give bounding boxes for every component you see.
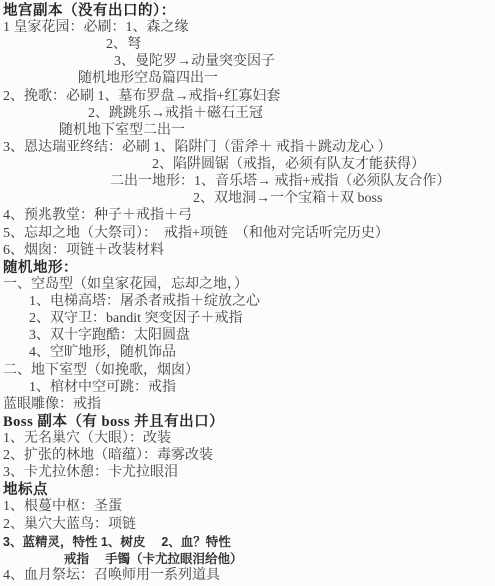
text-line: 蓝眼雕像：戒指: [3, 397, 101, 413]
text-line: 3、双十字跑酷：太阳圆盘: [29, 328, 190, 344]
text-line: 2、陷阱圆锯（戒指，必须有队友才能获得）: [152, 157, 425, 173]
text-line: 4、预兆教堂：种子＋戒指＋弓: [3, 208, 192, 224]
section-heading: 地标点: [3, 482, 48, 498]
text-line: 2、双守卫：bandit 突变因子＋戒指: [29, 311, 243, 327]
text-line: 2、弩: [106, 37, 141, 53]
text-line: 3、蓝精灵，特性 1、树皮 2、血？特性: [3, 534, 231, 550]
text-line: 5、忘却之地（大祭司）： 戒指+项链 （和他对完话听完历史）: [3, 226, 389, 242]
text-line: 1、电梯高塔：屠杀者戒指＋绽放之心: [29, 294, 260, 310]
text-line: 2、扩张的林地（暗蕴）：毒雾改装: [3, 448, 213, 464]
text-line: 二、地下室型（如挽歌，烟囱）: [3, 363, 199, 379]
text-line: 4、空旷地形，随机饰品: [29, 345, 176, 361]
text-line: 1 皇家花园：必刷：1、森之缘: [3, 20, 189, 36]
text-line: 2、挽歌：必刷 1、墓布罗盘→戒指+红寡妇套: [3, 89, 280, 105]
text-line: 随机地形空岛篇四出一: [78, 71, 218, 87]
text-line: 1、根蔓中枢：圣蛋: [3, 499, 122, 515]
notes-document: 地宫副本（没有出口的）：1 皇家花园：必刷：1、森之缘2、弩3、曼陀罗→动量突变…: [0, 0, 495, 586]
text-line: 3、卡尤拉休憩：卡尤拉眼泪: [3, 465, 178, 481]
text-line: 戒指 手镯（卡尤拉眼泪给他）: [64, 551, 242, 567]
section-heading: 随机地形：: [3, 260, 78, 276]
text-line: 6、烟囱：项链＋改装材料: [3, 243, 164, 259]
text-line: 随机地下室型二出一: [59, 123, 185, 139]
text-line: 3、曼陀罗→动量突变因子: [114, 54, 275, 70]
text-line: 2、巢穴大蓝鸟：项链: [3, 517, 136, 533]
text-line: 一、空岛型（如皇家花园，忘却之地，）: [3, 277, 248, 293]
text-line: 2、跳跳乐→戒指＋磁石王冠: [88, 106, 263, 122]
text-line: 4、血月祭坛：召唤师用一系列道具: [3, 568, 220, 584]
text-line: 1、无名巢穴（大眼）：改装: [3, 431, 171, 447]
text-line: 二出一地形：1、音乐塔→ 戒指+戒指（必须队友合作）: [110, 174, 450, 190]
section-heading: Boss 副本（有 boss 并且有出口）: [3, 414, 224, 430]
section-heading: 地宫副本（没有出口的）：: [3, 3, 176, 19]
text-line: 1、棺材中空可跳：戒指: [29, 380, 176, 396]
text-line: 2、双地洞→一个宝箱＋双 boss: [193, 191, 382, 207]
text-line: 3、恩达瑞亚终结：必刷 1、陷阱门（雷斧＋ 戒指＋跳动龙心 ）: [3, 140, 392, 156]
